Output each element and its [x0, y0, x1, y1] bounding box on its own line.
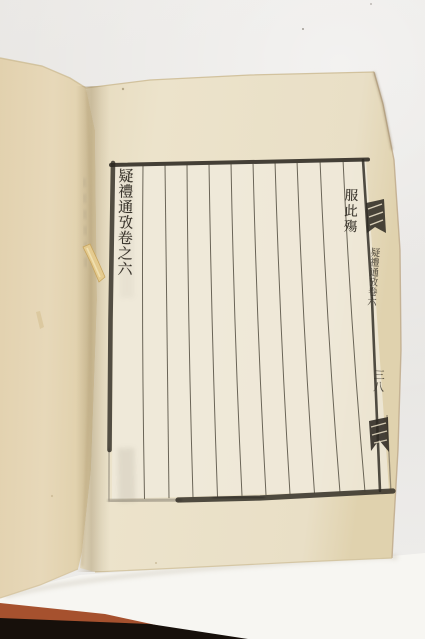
gutter-shadow: [76, 86, 110, 572]
photo-scene: 疑禮通攷卷之六 服此殤 疑禮通攷卷六 三八: [0, 0, 425, 639]
page-number-text: 三八: [371, 369, 384, 394]
volume-title-text: 疑禮通攷卷之六: [116, 168, 133, 277]
body-column-text: 服此殤: [340, 188, 357, 235]
book-photo-art: [0, 0, 425, 639]
